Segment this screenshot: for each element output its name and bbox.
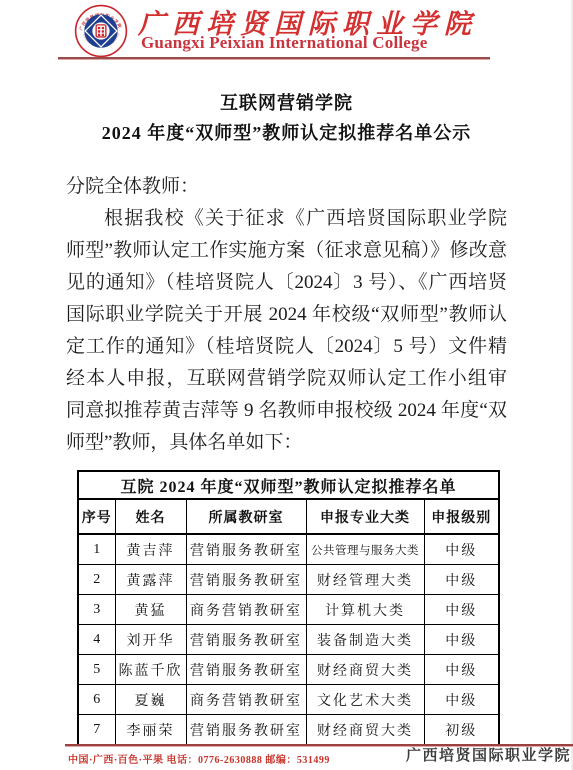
table-cell: 营销服务教研室 [186,715,306,746]
table-row: 3黄猛商务营销教研室计算机大类中级 [78,595,499,625]
table-cell: 财经商贸大类 [306,715,424,746]
roster-table-wrap: 互院 2024 年度“双师型”教师认定拟推荐名单 序号姓名所属教研室申报专业大类… [77,470,500,745]
body-line: 定工作的通知》（桂培贤院人〔2024〕5 号）文件精神， [66,331,507,363]
table-cell: 装备制造大类 [306,625,424,655]
header-divider [58,57,490,60]
table-cell: 商务营销教研室 [186,595,306,625]
column-header: 所属教研室 [186,499,306,534]
body-line: 根据我校《关于征求《广西培贤国际职业学院“双 [66,203,507,235]
table-row: 2黄露萍营销服务教研室财经管理大类中级 [78,565,499,595]
column-header: 申报级别 [424,499,499,534]
table-cell: 中级 [424,655,499,685]
table-row: 1黄吉萍营销服务教研室公共管理与服务大类中级 [78,534,499,565]
column-header: 序号 [78,499,115,534]
footer-school-name: 广西培贤国际职业学院 [406,744,571,765]
table-cell: 中级 [424,685,499,715]
table-cell: 5 [78,655,115,685]
table-cell: 文化艺术大类 [306,685,424,715]
body-line: 见的通知》（桂培贤院人〔2024〕3 号）、《广西培贤 [66,267,507,299]
table-title: 互院 2024 年度“双师型”教师认定拟推荐名单 [78,471,499,499]
table-cell: 7 [78,715,115,746]
body-line: 经本人申报，互联网营销学院双师认定工作小组审核， [66,363,507,395]
table-cell: 黄吉萍 [115,534,186,565]
table-title-row: 互院 2024 年度“双师型”教师认定拟推荐名单 [78,471,499,499]
table-cell: 初级 [424,715,499,746]
table-cell: 营销服务教研室 [186,565,306,595]
table-cell: 2 [78,565,115,595]
table-cell: 3 [78,595,115,625]
body-line: 同意拟推荐黄吉萍等 9 名教师申报校级 2024 年度“双 [66,395,507,427]
table-row: 7李丽荣营销服务教研室财经商贸大类初级 [78,715,499,746]
doc-title-line2: 2024 年度“双师型”教师认定拟推荐名单公示 [0,119,573,145]
table-cell: 公共管理与服务大类 [306,534,424,565]
table-cell: 刘开华 [115,625,186,655]
table-header-row: 序号姓名所属教研室申报专业大类申报级别 [78,499,499,534]
table-cell: 计算机大类 [306,595,424,625]
table-row: 4刘开华营销服务教研室装备制造大类中级 [78,625,499,655]
table-cell: 黄猛 [115,595,186,625]
table-cell: 商务营销教研室 [186,685,306,715]
table-cell: 黄露萍 [115,565,186,595]
table-cell: 营销服务教研室 [186,534,306,565]
footer-address: 中国·广西·百色·平果 电话：0776-2630888 邮编：531499 [68,751,330,766]
table-cell: 6 [78,685,115,715]
table-cell: 财经管理大类 [306,565,424,595]
table-cell: 财经商贸大类 [306,655,424,685]
table-cell: 营销服务教研室 [186,625,306,655]
roster-table: 互院 2024 年度“双师型”教师认定拟推荐名单 序号姓名所属教研室申报专业大类… [77,470,500,745]
body-line: 师型”教师认定工作实施方案（征求意见稿）》修改意 [66,235,507,267]
table-cell: 中级 [424,595,499,625]
body-line: 国际职业学院关于开展 2024 年校级“双师型”教师认 [66,299,507,331]
body-paragraph: 根据我校《关于征求《广西培贤国际职业学院“双师型”教师认定工作实施方案（征求意见… [66,203,507,459]
college-seal-icon: 广西培贤国际职业学院 GUANGXI PEIXIAN INTERNATIONAL… [74,4,128,58]
table-cell: 陈蓝千欣 [115,655,186,685]
table-row: 5陈蓝千欣营销服务教研室财经商贸大类中级 [78,655,499,685]
table-cell: 夏巍 [115,685,186,715]
table-cell: 1 [78,534,115,565]
school-name-english: Guangxi Peixian International College [141,33,501,53]
salutation: 分院全体教师： [66,171,199,198]
table-cell: 中级 [424,534,499,565]
doc-title-line1: 互联网营销学院 [0,89,573,115]
table-cell: 中级 [424,625,499,655]
column-header: 申报专业大类 [306,499,424,534]
table-cell: 4 [78,625,115,655]
table-cell: 营销服务教研室 [186,655,306,685]
body-line: 师型”教师，具体名单如下： [66,427,507,459]
table-row: 6夏巍商务营销教研室文化艺术大类中级 [78,685,499,715]
table-cell: 中级 [424,565,499,595]
column-header: 姓名 [115,499,186,534]
table-cell: 李丽荣 [115,715,186,746]
document-page: 广西培贤国际职业学院 GUANGXI PEIXIAN INTERNATIONAL… [0,0,573,770]
